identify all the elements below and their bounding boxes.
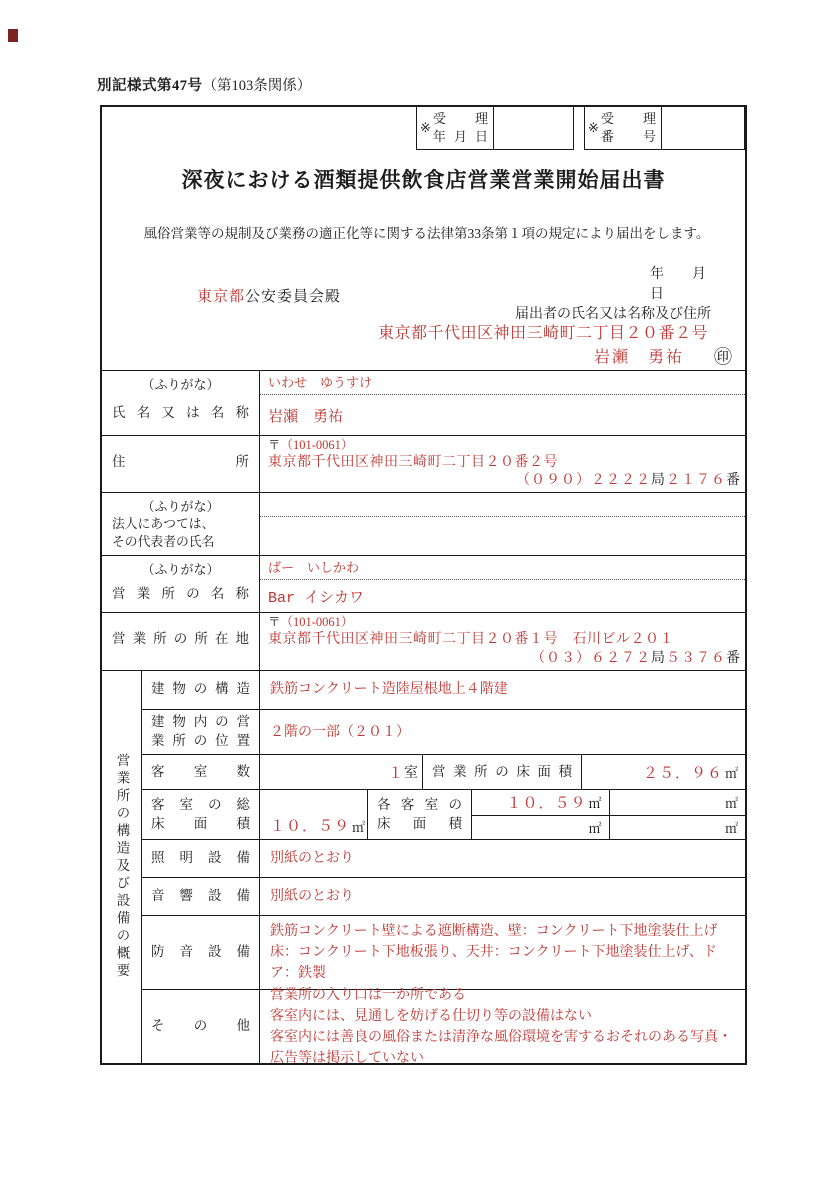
- each-room-area-cell-3: ㎡: [472, 815, 609, 840]
- address-label-cell: 住所: [102, 436, 260, 492]
- corporate-label-line1: 法人にあつては、: [112, 516, 249, 533]
- each-room-area-label-line1: 各客室の: [377, 796, 462, 815]
- reception-number-label-line2: 番号: [601, 128, 656, 146]
- corporate-label-line2: その代表者の氏名: [112, 534, 249, 551]
- acoustic-value: 別紙のとおり: [270, 886, 735, 907]
- address-line: 東京都千代田区神田三崎町二丁目２０番２号: [268, 454, 741, 473]
- row-other: その他 営業所の入り口は一か所である 客室内には、見通しを妨げる仕切り等の設備は…: [142, 990, 745, 1063]
- office-location-value: ２階の一部（２０１）: [270, 722, 735, 743]
- reception-number-box: ※ 受理 番号: [584, 106, 745, 150]
- form-number-note: （第103条関係）: [203, 78, 312, 94]
- acoustic-label: 音響設備: [151, 887, 250, 906]
- addressee-commission: 公安委員会殿: [245, 289, 341, 305]
- date-line: 年 月 日: [650, 263, 745, 303]
- phone-ban-label: 番: [726, 473, 741, 488]
- row-building-structure: 建物の構造 鉄筋コンクリート造陸屋根地上４階建: [142, 670, 745, 710]
- row-acoustic: 音響設備 別紙のとおり: [142, 878, 745, 916]
- office-name-label-cell: （ふりがな） 営業所の名称: [102, 556, 260, 612]
- room-count-value: １: [388, 762, 404, 783]
- other-line-3: 客室内には善良の風俗または清浄な風俗環境を害するおそれのある写真・広告等は掲示し…: [270, 1027, 735, 1069]
- corporate-value-cell: [260, 493, 745, 555]
- furigana-label: （ふりがな）: [102, 493, 259, 516]
- row-soundproof: 防音設備 鉄筋コンクリート壁による遮断構造、壁：コンクリート下地塗装仕上げ床：コ…: [142, 916, 745, 990]
- square-meter-unit: ㎡: [352, 817, 365, 836]
- each-room-area-cell-4: ㎡: [609, 815, 746, 840]
- office-floor-area-label: 営業所の床面積: [432, 763, 572, 782]
- postal-mark: 〒: [268, 615, 281, 629]
- square-meter-unit: ㎡: [725, 763, 738, 782]
- addressee-line: 東京都公安委員会殿: [197, 285, 341, 306]
- seal-placeholder-icon: ㊞: [714, 343, 732, 369]
- section-label-cell: 営業所の構造及び設備の概要: [102, 670, 142, 1063]
- each-room-area-grid: １０．５９㎡ ㎡ ㎡ ㎡: [472, 790, 745, 839]
- office-address-value-cell: 〒（101-0061） 東京都千代田区神田三崎町二丁目２０番１号 石川ビル２０１…: [260, 613, 745, 670]
- section-label: 営業所の構造及び設備の概要: [112, 753, 132, 981]
- office-floor-area-value: ２５．９６: [643, 762, 723, 783]
- asterisk-mark: ※: [420, 120, 431, 136]
- reception-date-label-line2: 年月日: [433, 128, 488, 146]
- phone-number-part: ２１７６: [666, 473, 726, 488]
- name-label-cell: （ふりがな） 氏名又は名称: [102, 371, 260, 435]
- structure-equipment-table: 営業所の構造及び設備の概要 建物の構造 鉄筋コンクリート造陸屋根地上４階建 建物…: [102, 670, 745, 1063]
- building-structure-value: 鉄筋コンクリート造陸屋根地上４階建: [270, 679, 735, 700]
- row-address: 住所 〒（101-0061） 東京都千代田区神田三崎町二丁目２０番２号 （０９０…: [102, 436, 745, 493]
- office-name-value-cell: ばー いしかわ Bar イシカワ: [260, 556, 745, 612]
- office-address-postal: 〒（101-0061）: [268, 614, 741, 631]
- phone-number-part: （０３）６２７２: [531, 651, 651, 666]
- phone-ban-label: 番: [726, 651, 741, 666]
- office-name-furigana-value: ばー いしかわ: [260, 556, 745, 580]
- corporate-value: [260, 517, 745, 555]
- address-label: 住所: [112, 453, 249, 471]
- form-number-line: 別記様式第47号（第103条関係）: [97, 74, 311, 95]
- total-floor-area-value-cell: １０．５９㎡: [260, 790, 367, 839]
- row-lighting: 照明設備 別紙のとおり: [142, 840, 745, 878]
- square-meter-unit: ㎡: [588, 793, 601, 812]
- reception-number-value: [662, 107, 744, 149]
- total-floor-area-label-line2: 床面積: [151, 815, 250, 834]
- office-floor-area-value-cell: ２５．９６㎡: [582, 755, 745, 789]
- law-reference-text: 風俗営業等の規制及び業務の適正化等に関する法律第33条第１項の規定により届出をし…: [130, 224, 736, 245]
- each-room-area-label-line2: 床面積: [377, 815, 462, 834]
- form-sheet: ※ 受理 年月日 ※ 受理 番号 深夜における酒類提供飲食店営業営業開始届出書 …: [100, 105, 747, 1065]
- total-floor-area-label-line1: 客室の総: [151, 796, 250, 815]
- phone-number-part: ５３７６: [666, 651, 726, 666]
- room-count-unit: 室: [404, 762, 418, 782]
- applicant-table: （ふりがな） 氏名又は名称 いわせ ゆうすけ 岩瀬 勇祐 住所 〒（101-00…: [102, 370, 745, 671]
- office-address-label-cell: 営業所の所在地: [102, 613, 260, 670]
- other-label: その他: [151, 1017, 250, 1036]
- row-office-name: （ふりがな） 営業所の名称 ばー いしかわ Bar イシカワ: [102, 556, 745, 613]
- form-number: 別記様式第47号: [97, 78, 203, 94]
- furigana-label: （ふりがな）: [102, 556, 259, 580]
- postal-mark: 〒: [268, 438, 281, 452]
- office-floor-area-label-cell: 営業所の床面積: [422, 755, 582, 789]
- square-meter-unit: ㎡: [588, 818, 601, 837]
- name-value: 岩瀬 勇祐: [260, 395, 745, 435]
- office-location-label-line1: 建物内の営: [151, 713, 250, 732]
- office-address-label: 営業所の所在地: [112, 630, 249, 648]
- each-room-area-cell-2: ㎡: [609, 790, 746, 815]
- name-label: 氏名又は名称: [112, 404, 249, 422]
- phone-number-part: （０９０）２２２２: [516, 473, 651, 488]
- postal-code: （101-0061）: [281, 438, 354, 452]
- row-room-count: 客室数 １室 営業所の床面積 ２５．９６㎡: [142, 755, 745, 790]
- office-name-label: 営業所の名称: [112, 585, 249, 603]
- room-count-label: 客室数: [151, 763, 250, 782]
- building-structure-label: 建物の構造: [151, 680, 250, 699]
- asterisk-mark: ※: [588, 120, 599, 136]
- corporate-furigana-value: [260, 493, 745, 517]
- lighting-value: 別紙のとおり: [270, 848, 735, 869]
- applicant-name: 岩瀬 勇祐: [594, 344, 684, 367]
- row-name: （ふりがな） 氏名又は名称 いわせ ゆうすけ 岩瀬 勇祐: [102, 371, 745, 436]
- total-floor-area-value: １０．５９: [270, 815, 350, 836]
- corporate-label-cell: （ふりがな） 法人にあつては、 その代表者の氏名: [102, 493, 260, 555]
- row-office-location: 建物内の営 業所の位置 ２階の一部（２０１）: [142, 710, 745, 755]
- lighting-label: 照明設備: [151, 849, 250, 868]
- square-meter-unit: ㎡: [725, 818, 738, 837]
- document-title: 深夜における酒類提供飲食店営業営業開始届出書: [102, 164, 745, 194]
- reception-number-label-line1: 受理: [601, 110, 656, 128]
- address-value-cell: 〒（101-0061） 東京都千代田区神田三崎町二丁目２０番２号 （０９０）２２…: [260, 436, 745, 492]
- addressee-prefecture: 東京都: [197, 289, 245, 305]
- name-value-cell: いわせ ゆうすけ 岩瀬 勇祐: [260, 371, 745, 435]
- other-line-2: 客室内には、見通しを妨げる仕切り等の設備はない: [270, 1006, 735, 1027]
- other-line-1: 営業所の入り口は一か所である: [270, 985, 735, 1006]
- each-room-area-label-cell: 各客室の 床面積: [367, 790, 472, 839]
- soundproof-value: 鉄筋コンクリート壁による遮断構造、壁：コンクリート下地塗装仕上げ床：コンクリート…: [270, 921, 735, 984]
- address-postal: 〒（101-0061）: [268, 437, 741, 454]
- row-floor-area: 客室の総 床面積 １０．５９㎡ 各客室の 床面積 １０．５９㎡: [142, 790, 745, 840]
- furigana-label: （ふりがな）: [102, 371, 259, 395]
- postal-code: （101-0061）: [281, 615, 354, 629]
- name-furigana-value: いわせ ゆうすけ: [260, 371, 745, 395]
- office-address-phone: （０３）６２７２局５３７６番: [268, 650, 741, 669]
- each-room-area-value: １０．５９: [506, 792, 586, 813]
- each-room-area-cell-1: １０．５９㎡: [472, 790, 609, 815]
- square-meter-unit: ㎡: [725, 793, 738, 812]
- soundproof-label: 防音設備: [151, 943, 250, 962]
- row-corporate-representative: （ふりがな） 法人にあつては、 その代表者の氏名: [102, 493, 745, 556]
- reception-date-box: ※ 受理 年月日: [416, 106, 574, 150]
- row-office-address: 営業所の所在地 〒（101-0061） 東京都千代田区神田三崎町二丁目２０番１号…: [102, 613, 745, 671]
- reception-date-value: [494, 107, 573, 149]
- office-name-value: Bar イシカワ: [260, 580, 745, 612]
- address-phone: （０９０）２２２２局２１７６番: [268, 472, 741, 491]
- phone-kyoku-label: 局: [651, 473, 666, 488]
- room-count-value-cell: １室: [260, 755, 422, 789]
- office-address-line: 東京都千代田区神田三崎町二丁目２０番１号 石川ビル２０１: [268, 631, 741, 650]
- applicant-address: 東京都千代田区神田三崎町二丁目２０番２号: [378, 320, 708, 343]
- reception-date-label-line1: 受理: [433, 110, 488, 128]
- document-page: 別記様式第47号（第103条関係） ※ 受理 年月日 ※ 受理 番号: [0, 0, 834, 1179]
- phone-kyoku-label: 局: [651, 651, 666, 666]
- reception-number-label: ※ 受理 番号: [585, 107, 662, 149]
- scan-artifact-mark: [8, 29, 18, 42]
- reception-date-label: ※ 受理 年月日: [417, 107, 494, 149]
- office-location-label-line2: 業所の位置: [151, 732, 250, 751]
